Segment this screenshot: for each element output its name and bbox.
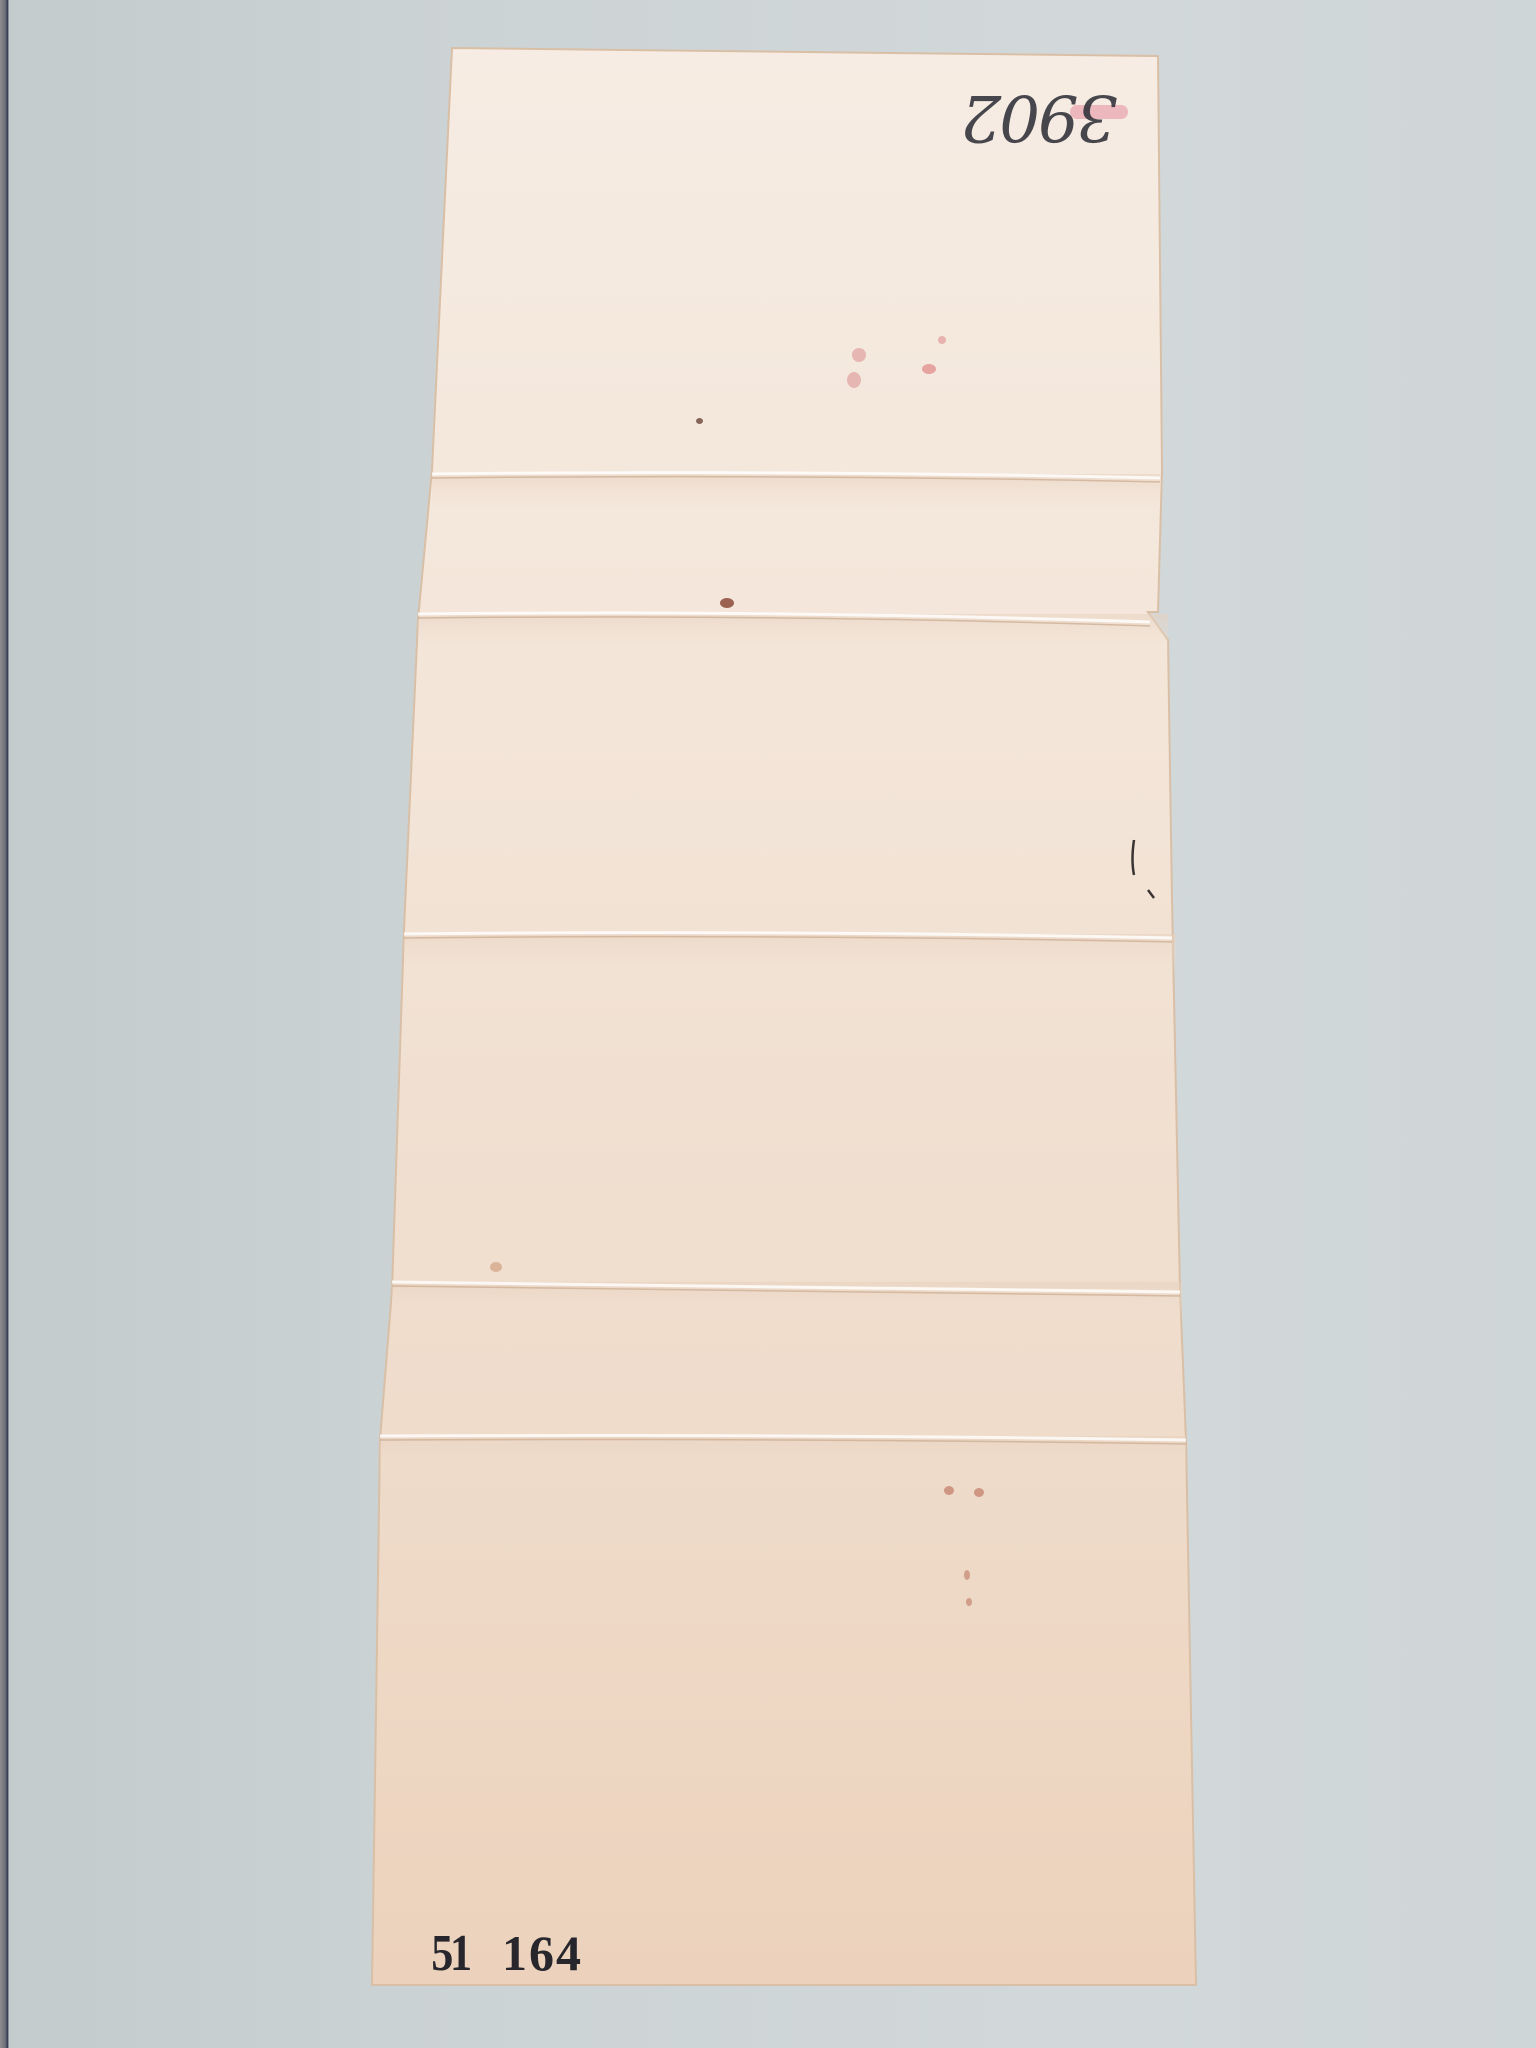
stain: [966, 1598, 972, 1606]
stain: [696, 418, 703, 424]
stamp-number: 164: [502, 1924, 583, 1982]
stain: [964, 1570, 970, 1580]
stain: [922, 364, 936, 374]
paper-document: 3902 51 164: [0, 0, 1536, 2048]
stamp-prefix: 51: [431, 1924, 468, 1983]
stain: [944, 1486, 954, 1495]
stain: [974, 1488, 984, 1497]
stain: [847, 372, 861, 388]
stain: [852, 348, 866, 362]
stain: [490, 1262, 502, 1272]
paper-sheet-shape: [0, 0, 1536, 2048]
handwritten-number: 3902: [955, 72, 1125, 162]
stain: [938, 336, 946, 344]
stain: [720, 598, 734, 608]
